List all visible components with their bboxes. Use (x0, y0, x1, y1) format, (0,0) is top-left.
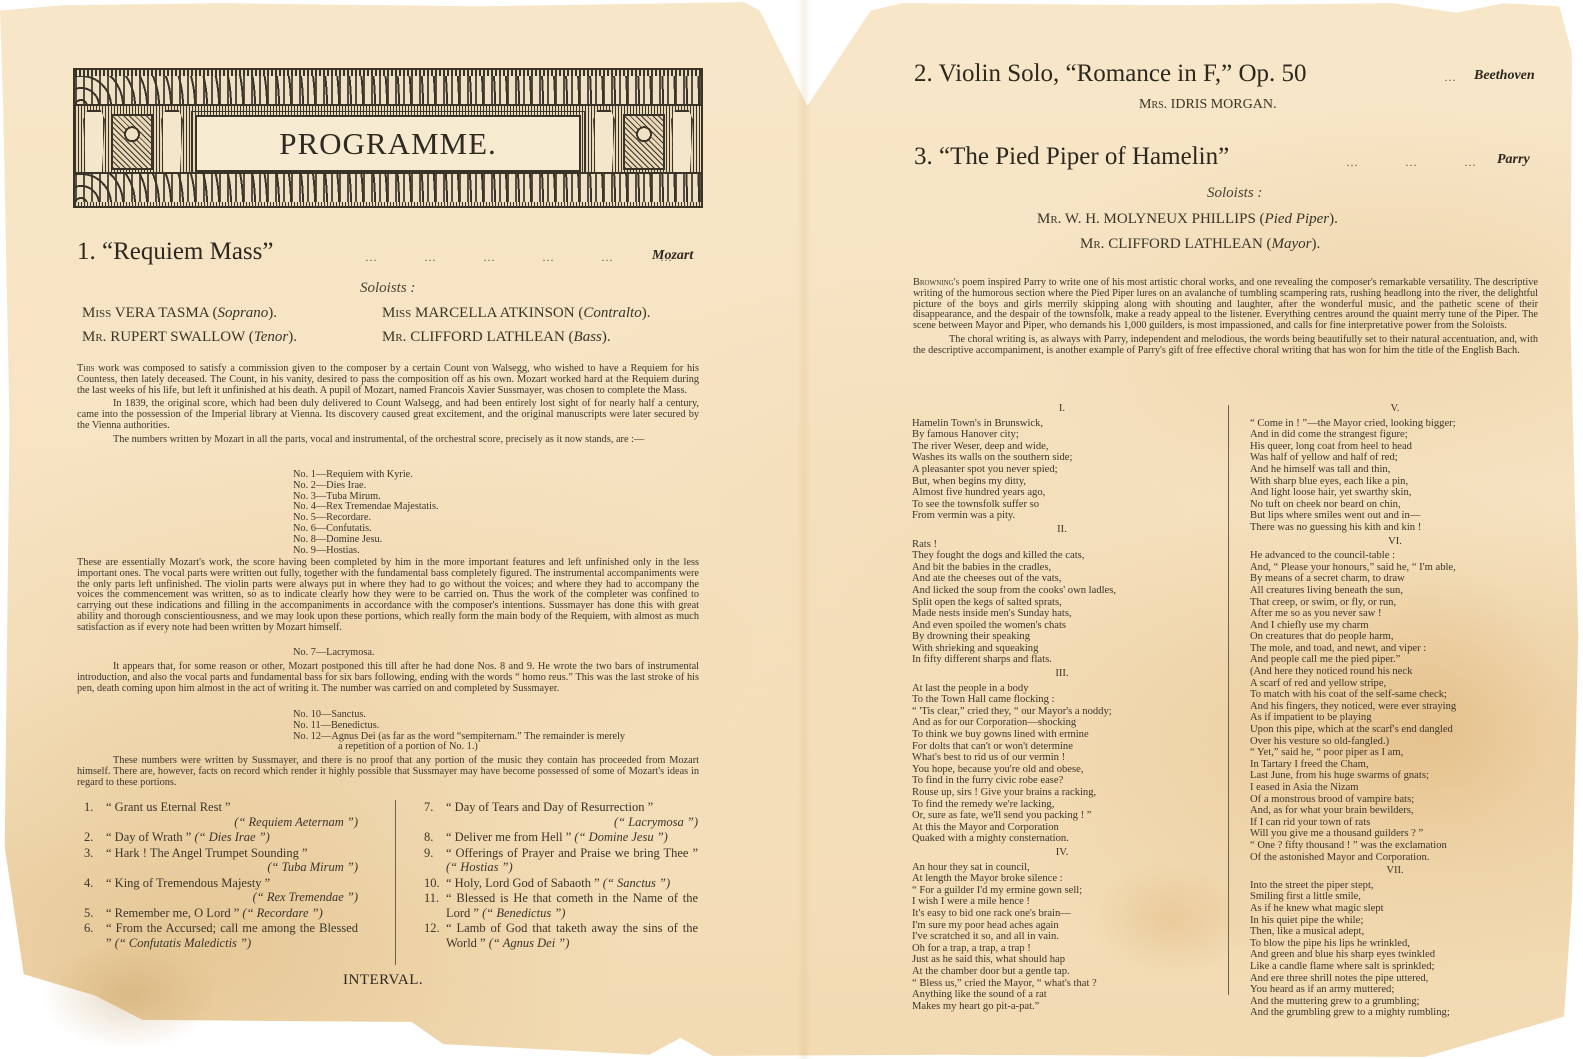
item3-soloists-label: Soloists : (1207, 185, 1262, 202)
poem-left-column: I. Hamelin Town's in Brunswick, By famou… (912, 401, 1212, 1012)
item2-leader-dots: … (1444, 70, 1478, 85)
mozart-numbers-list: No. 1—Requiem with Kyrie. No. 2—Dies Ira… (293, 470, 439, 556)
translation-item: 7. “ Day of Tears and Day of Resurrectio… (424, 800, 698, 829)
item1-composer: Mozart (652, 248, 693, 264)
stanza-number: VI. (1250, 536, 1540, 548)
lantern-ornament-icon (83, 110, 105, 174)
banner-title-panel: PROGRAMME. (195, 115, 581, 172)
pied-piper-notes: Browning's poem inspired Parry to write … (913, 278, 1538, 360)
translation-item: 9. “ Offerings of Prayer and Praise we b… (424, 846, 698, 875)
translation-item: 8. “ Deliver me from Hell ” (“ Domine Je… (424, 830, 698, 845)
item1-soloists-label: Soloists : (360, 280, 415, 297)
item2-heading: 2. Violin Solo, “Romance in F,” Op. 50 (914, 60, 1307, 88)
requiem-notes-sussmayer: These numbers were written by Sussmayer,… (77, 756, 699, 791)
stanza-number: IV. (912, 847, 1212, 859)
column-divider (395, 800, 396, 965)
soloist-tenor: Mr. RUPERT SWALLOW (Tenor). (82, 329, 297, 346)
sussmayer-numbers-list: No. 10—Sanctus. No. 11—Benedictus. No. 1… (293, 710, 625, 753)
translation-item: 6. “ From the Accursed; call me among th… (84, 921, 358, 950)
item2-performer: Mrs. IDRIS MORGAN. (1139, 97, 1276, 113)
soloist-pied-piper: Mr. W. H. MOLYNEUX PHILLIPS (Pied Piper)… (1037, 211, 1338, 228)
requiem-notes-completion: These are essentially Mozart's work, the… (77, 558, 699, 637)
stanza-number: II. (912, 524, 1212, 536)
translation-item: 12. “ Lamb of God that taketh away the s… (424, 921, 698, 950)
requiem-notes-lacrymosa: It appears that, for some reason or othe… (77, 662, 699, 697)
translation-item: 4. “ King of Tremendous Majesty ”(“ Rex … (84, 876, 358, 905)
interval-label: INTERVAL. (343, 972, 423, 989)
translation-item: 5. “ Remember me, O Lord ” (“ Recordare … (84, 906, 358, 921)
banner-frieze-top (75, 76, 701, 106)
stanza-number: V. (1250, 403, 1540, 415)
item3-heading: 3. “The Pied Piper of Hamelin” (914, 143, 1229, 171)
item3-leader-dots: … … … (1346, 155, 1498, 170)
lacrymosa-entry: No. 7—Lacrymosa. (293, 648, 375, 659)
floral-panel-icon (623, 114, 665, 170)
stanza-number: VII. (1250, 865, 1540, 877)
poem-right-column: V. “ Come in ! ”—the Mayor cried, lookin… (1250, 401, 1540, 1019)
poem-column-divider (1228, 405, 1229, 995)
item2-composer: Beethoven (1474, 68, 1535, 84)
banner-frieze-bottom (75, 172, 701, 202)
item1-leader-dots: … … … … … … (365, 250, 694, 265)
soloist-contralto: Miss MARCELLA ATKINSON (Contralto). (382, 305, 650, 322)
lantern-ornament-icon (671, 110, 693, 174)
programme-title: PROGRAMME. (279, 126, 497, 162)
translation-item: 3. “ Hark ! The Angel Trumpet Sounding ”… (84, 846, 358, 875)
soloist-mayor: Mr. CLIFFORD LATHLEAN (Mayor). (1080, 236, 1320, 253)
lantern-ornament-icon (593, 110, 615, 174)
stanza-number: III. (912, 668, 1212, 680)
item1-heading: 1. “Requiem Mass” (77, 238, 273, 266)
translations-left-column: 1. “ Grant us Eternal Rest ”(“ Requiem A… (84, 800, 358, 951)
requiem-notes-intro: This work was composed to satisfy a comm… (77, 364, 699, 449)
translation-item: 1. “ Grant us Eternal Rest ”(“ Requiem A… (84, 800, 358, 829)
lantern-ornament-icon (161, 110, 183, 174)
translation-item: 10. “ Holy, Lord God of Sabaoth ” (“ San… (424, 876, 698, 891)
translation-item: 2. “ Day of Wrath ” (“ Dies Irae ”) (84, 830, 358, 845)
stanza-number: I. (912, 403, 1212, 415)
soloist-soprano: Miss VERA TASMA (Soprano). (82, 305, 277, 322)
item3-composer: Parry (1497, 152, 1530, 168)
programme-banner: PROGRAMME. (73, 68, 703, 208)
center-fold (797, 0, 811, 1059)
translation-item: 11. “ Blessed is He that cometh in the N… (424, 891, 698, 920)
floral-panel-icon (111, 114, 153, 170)
soloist-bass: Mr. CLIFFORD LATHLEAN (Bass). (382, 329, 611, 346)
translations-right-column: 7. “ Day of Tears and Day of Resurrectio… (424, 800, 698, 951)
